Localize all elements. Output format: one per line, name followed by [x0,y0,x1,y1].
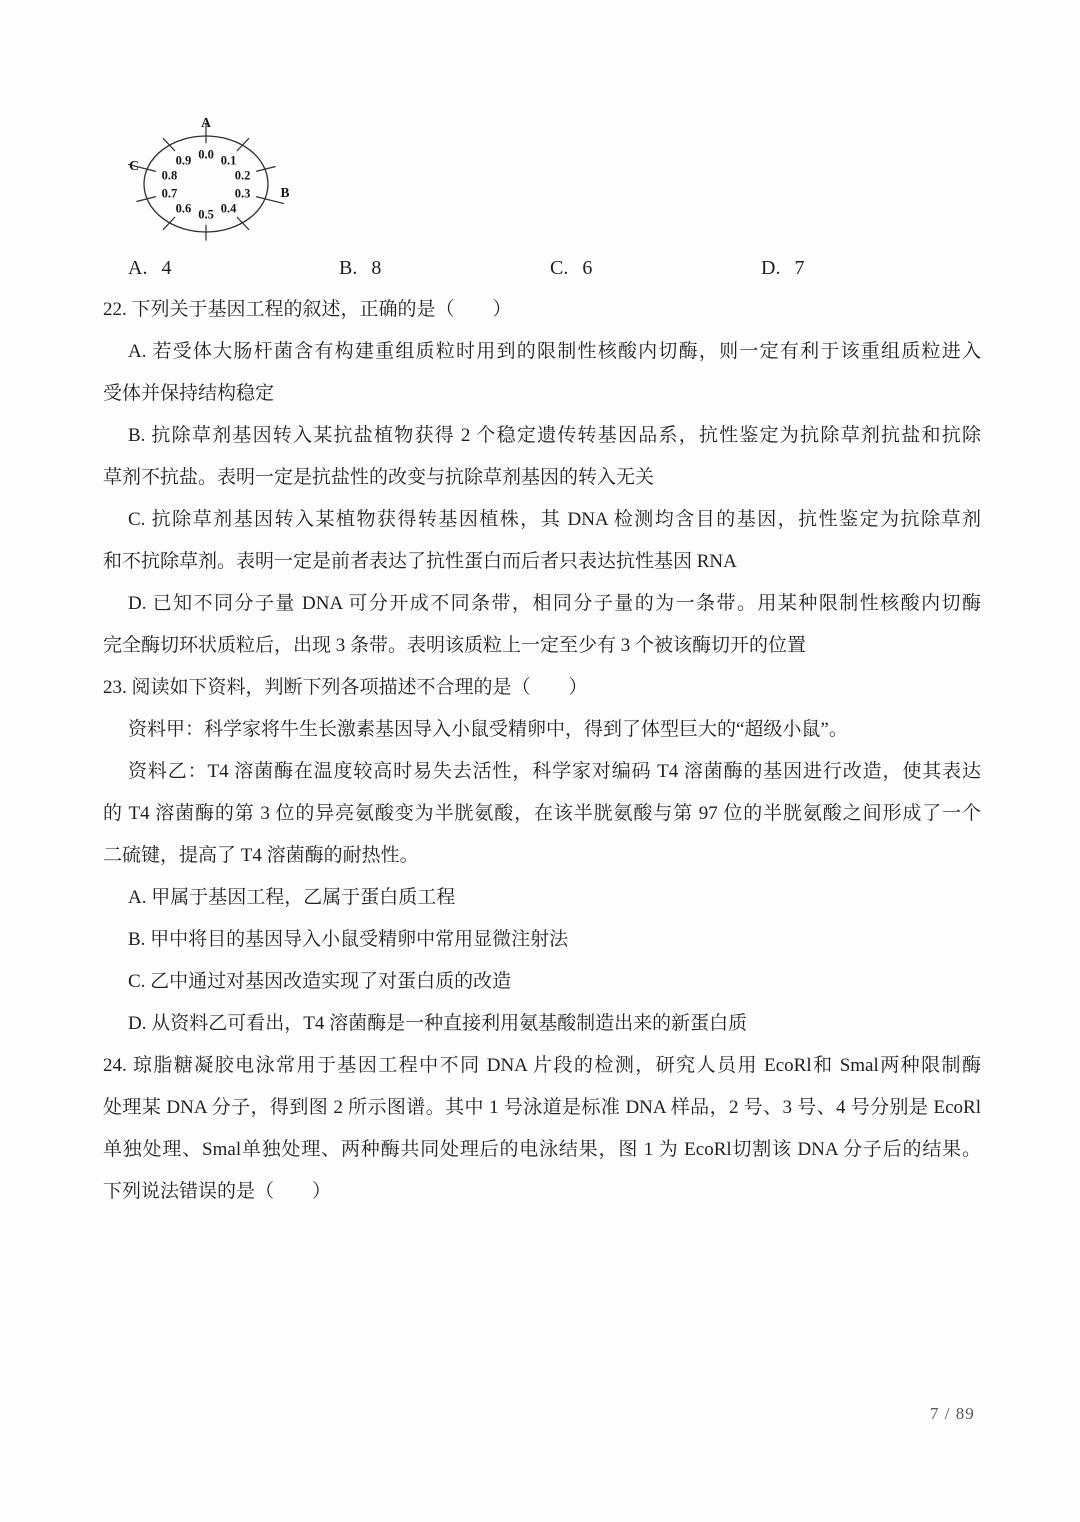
text-line: D. 从资料乙可看出，T4 溶菌酶是一种直接利用氨基酸制造出来的新蛋白质 [103,1003,981,1045]
map-unit-label: 0.6 [176,202,192,216]
text-line: 23. 阅读如下资料，判断下列各项描述不合理的是（ ） [103,667,981,709]
text-line: 二硫键，提高了 T4 溶菌酶的耐热性。 [103,835,981,877]
map-unit-label: 0.1 [221,153,237,167]
map-unit-tick [237,138,249,151]
answer-option-value: 8 [371,257,381,279]
map-unit-label: 0.7 [162,187,178,201]
text-line: 22. 下列关于基因工程的叙述，正确的是（ ） [103,289,981,331]
question-text-block: A.4B.8C.6D.7 22. 下列关于基因工程的叙述，正确的是（ ）A. 若… [103,247,981,1213]
plasmid-map-svg: 0.00.10.20.30.40.50.60.70.80.9ABC [105,96,315,250]
answer-option-value: 7 [794,257,804,279]
text-line: 处理某 DNA 分子，得到图 2 所示图谱。其中 1 号泳道是标准 DNA 样品… [103,1087,981,1129]
plasmid-map-figure: 0.00.10.20.30.40.50.60.70.80.9ABC [105,96,315,250]
site-marker-label: A [201,115,211,130]
text-line: 受体并保持结构稳定 [103,373,981,415]
map-unit-label: 0.8 [162,168,178,182]
map-unit-tick [163,217,175,230]
text-line: 的 T4 溶菌酶的第 3 位的异亮氨酸变为半胱氨酸，在该半胱氨酸与第 97 位的… [103,793,981,835]
site-marker-label: B [280,185,289,200]
map-unit-tick [237,217,249,230]
map-unit-label: 0.2 [235,168,251,182]
map-unit-label: 0.0 [198,148,214,162]
text-line: 完全酶切环状质粒后，出现 3 条带。表明该质粒上一定至少有 3 个被该酶切开的位… [103,625,981,667]
answer-option-label: A. [128,257,147,279]
answer-option-label: B. [339,257,357,279]
text-line: 24. 琼脂糖凝胶电泳常用于基因工程中不同 DNA 片段的检测，研究人员用 Ec… [103,1045,981,1087]
text-line: 资料乙：T4 溶菌酶在温度较高时易失去活性，科学家对编码 T4 溶菌酶的基因进行… [103,751,981,793]
text-line: A. 甲属于基因工程，乙属于蛋白质工程 [103,877,981,919]
text-line: 和不抗除草剂。表明一定是前者表达了抗性蛋白而后者只表达抗性基因 RNA [103,541,981,583]
text-line: B. 甲中将目的基因导入小鼠受精卵中常用显微注射法 [103,919,981,961]
text-line: D. 已知不同分子量 DNA 可分开成不同条带，相同分子量的为一条带。用某种限制… [103,583,981,625]
map-unit-label: 0.4 [221,202,237,216]
answer-option-value: 4 [161,257,171,279]
map-unit-label: 0.9 [176,153,192,167]
answer-option: B.8 [339,247,550,289]
answer-option: D.7 [761,247,972,289]
text-line: C. 抗除草剂基因转入某植物获得转基因植株，其 DNA 检测均含目的基因，抗性鉴… [103,499,981,541]
answer-option-label: D. [761,257,780,279]
text-line: 资料甲：科学家将牛生长激素基因导入小鼠受精卵中，得到了体型巨大的“超级小鼠”。 [103,709,981,751]
text-line: B. 抗除草剂基因转入某抗盐植物获得 2 个稳定遗传转基因品系，抗性鉴定为抗除草… [103,415,981,457]
exam-page: 0.00.10.20.30.40.50.60.70.80.9ABC A.4B.8… [0,0,1080,1522]
text-line: C. 乙中通过对基因改造实现了对蛋白质的改造 [103,961,981,1003]
page-number: 7 / 89 [930,1404,975,1424]
text-line: 下列说法错误的是（ ） [103,1171,981,1213]
text-line: A. 若受体大肠杆菌含有构建重组质粒时用到的限制性核酸内切酶，则一定有利于该重组… [103,331,981,373]
answer-option: C.6 [550,247,761,289]
map-unit-label: 0.3 [235,187,251,201]
text-line: 单独处理、Smal单独处理、两种酶共同处理后的电泳结果，图 1 为 EcoRl切… [103,1129,981,1171]
answer-option: A.4 [128,247,339,289]
map-unit-tick [163,138,175,151]
answer-option-label: C. [550,257,568,279]
answer-option-value: 6 [582,257,592,279]
site-marker-label: C [129,158,139,173]
text-line: 草剂不抗盐。表明一定是抗盐性的改变与抗除草剂基因的转入无关 [103,457,981,499]
map-unit-label: 0.5 [198,207,214,221]
answer-options-row: A.4B.8C.6D.7 [103,247,981,289]
